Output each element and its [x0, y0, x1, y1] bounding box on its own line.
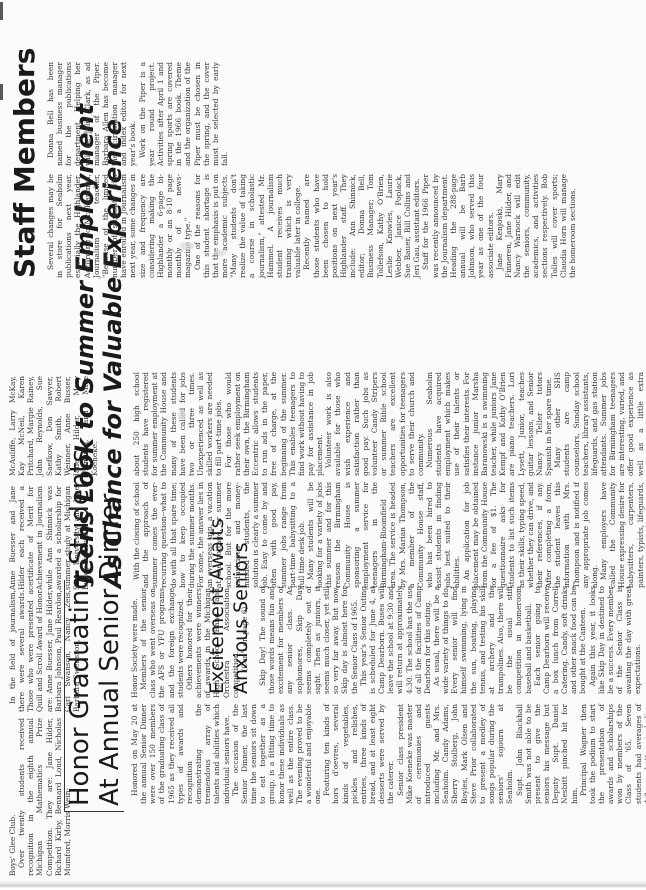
paragraph: Many students will be looking for a vari… — [306, 482, 462, 588]
paragraph: Donna Bell has been named business manag… — [46, 62, 138, 166]
paragraph: Principal Wagner then took the podium to… — [579, 704, 646, 804]
paragraph: Supt. John Blackhall Smith was not able … — [515, 704, 579, 804]
teens-body-col1: With the closing of school and the appro… — [132, 482, 646, 588]
paragraph: Boys' Glee Club. — [8, 718, 17, 876]
scan-smudge — [180, 242, 194, 250]
paragraph: As usual, there will be a wide variety o… — [432, 586, 533, 694]
paragraph: Many other SHS students are camp counsel… — [553, 372, 646, 476]
paragraph: This year's Senior Outing is scheduled f… — [359, 586, 432, 694]
headline-box-rule — [64, 811, 124, 812]
staff-members-col2: Donna Bell has been named business manag… — [46, 62, 229, 166]
paragraph: Work on the Piper is a year round projec… — [138, 62, 230, 166]
paragraph: Honor Society were made. — [130, 588, 139, 698]
paragraph: Numerous Seaholm students have acquired … — [425, 372, 553, 476]
scan-smudge — [214, 250, 226, 256]
teens-body-col2: about 250 high school students have regi… — [132, 372, 646, 476]
paragraph: Jane Kenjoski, Mary Finneren, Jane Hilde… — [495, 174, 577, 278]
paragraph: The occasion of the Senior Dinner, the l… — [231, 704, 323, 804]
paragraph: Featuring ten kinds of hors d'oevres, se… — [322, 704, 395, 804]
paragraph: Each senior going to Camp Dearborn will … — [533, 586, 588, 694]
top-edge-mark — [0, 84, 3, 100]
newspaper-page: Boys' Glee Club. Over twenty students re… — [0, 0, 646, 890]
paragraph: Recently named are those students who ha… — [302, 174, 421, 278]
paragraph: Many employers have called the Community… — [599, 482, 646, 588]
top-edge-mark — [0, 2, 3, 20]
paragraph: about 250 high school students have regi… — [132, 372, 224, 476]
paragraph: Senior class president Mike Koeneke was … — [396, 704, 515, 804]
paragraph: One of the reasons for this student shor… — [193, 174, 303, 278]
page-edge-shadow — [0, 880, 646, 890]
paragraph: Members of the senior class who went ove… — [139, 588, 185, 698]
paragraph: Volunteer work is also available for tho… — [324, 372, 425, 476]
paragraph: Several changes may be in store for Seah… — [46, 174, 193, 278]
paragraph: Honored on May 20 at the annual Senior D… — [130, 704, 231, 804]
senior-dinner-body-col1: Honored on May 20 at the annual Senior D… — [130, 704, 646, 804]
paragraph: Staff for the 1966 Piper was recently an… — [421, 174, 494, 278]
paragraph: For those who would rather seek employme… — [224, 372, 325, 476]
paragraph: An application for job placement may be … — [462, 482, 599, 588]
paragraph: Skip Day! The sound of those words means… — [258, 586, 359, 694]
staff-members-col1: Several changes may be in store for Seah… — [46, 174, 577, 278]
paragraph: With the closing of school and the appro… — [132, 482, 306, 588]
scan-smudge — [178, 410, 186, 420]
senior-dinner-top-col1: Boys' Glee Club. Over twenty students re… — [8, 718, 72, 876]
skip-day-body: Skip Day! The sound of those words means… — [258, 586, 643, 694]
staff-members-headline: Staff Members — [10, 48, 40, 278]
paragraph: Again this year, it looks like Skip Day … — [588, 586, 643, 694]
